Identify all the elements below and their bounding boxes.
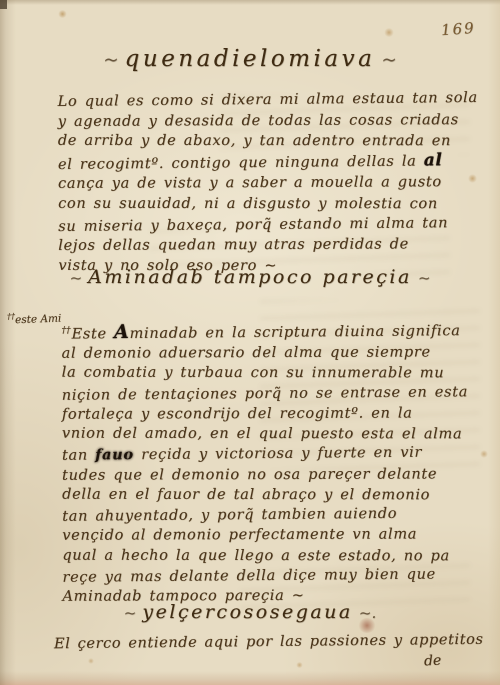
- verse-heading-3: ~yelçercososegaua~.: [0, 601, 500, 623]
- verse-heading-3-text: yelçercososegaua: [142, 601, 352, 623]
- manuscript-line: qual a hecho la que llego a este estado,…: [62, 545, 470, 566]
- manuscript-line: cança ya de vista y a saber a mouella a …: [58, 172, 468, 194]
- verse-heading-1-text: quenadielomiava: [125, 46, 376, 72]
- ink-blot-correction: fauo: [95, 446, 134, 463]
- manuscript-line: reçe ya mas delante della diçe muy bien …: [62, 564, 470, 588]
- flourish-right-icon: ~: [375, 50, 402, 71]
- manuscript-line-text: el recogimtº. contigo que ninguna dellas…: [58, 153, 424, 173]
- manuscript-line: tudes que el demonio no osa pareçer dela…: [62, 464, 470, 486]
- verse-heading-2-text: Aminadab tampoco pareçia: [88, 266, 412, 288]
- manuscript-line: fortaleça y escondrijo del recogimtº. en…: [62, 403, 470, 425]
- ink-correction: al: [424, 150, 443, 170]
- foxing-spot: [88, 658, 94, 664]
- manuscript-line: lejos dellas quedan muy atras perdidas d…: [58, 234, 468, 256]
- verse-heading-1: ~quenadielomiava~: [0, 46, 500, 72]
- flourish-right-icon: ~.: [353, 604, 383, 622]
- manuscript-line-text: reçida y victoriosa y fuerte en vir: [134, 445, 422, 464]
- manuscript-line: el recogimtº. contigo que ninguna dellas…: [58, 150, 468, 176]
- manuscript-line: Lo qual es como si dixera mi alma estaua…: [58, 88, 468, 113]
- manuscript-line: vnion del amado, en el qual puesto esta …: [62, 424, 470, 445]
- paragraph-2: ††Este Aminadab en la scriptura diuina s…: [61, 318, 470, 607]
- flourish-left-icon: ~: [97, 50, 124, 71]
- paragraph-1: Lo qual es como si dixera mi alma estaua…: [58, 89, 469, 277]
- manuscript-line: al demonio aduersario del alma que siemp…: [62, 342, 470, 364]
- manuscript-page: 169 ~quenadielomiava~ Lo qual es como si…: [0, 0, 500, 685]
- margin-note: ††este Ami: [7, 310, 62, 326]
- manuscript-line: con su suauidad, ni a disgusto y molesti…: [58, 194, 468, 215]
- foxing-spot: [296, 662, 303, 668]
- manuscript-line: tan fauo reçida y victoriosa y fuerte en…: [62, 443, 470, 467]
- ink-correction: A: [114, 321, 130, 343]
- manuscript-line: de arriba y de abaxo, y tan adentro entr…: [58, 131, 468, 152]
- foxing-spot: [384, 28, 394, 37]
- manuscript-line-text: Este: [71, 326, 114, 342]
- folio-number: 169: [441, 19, 477, 39]
- catchword: de: [424, 653, 442, 670]
- closing-line: El çerco entiende aqui por las passiones…: [54, 632, 484, 652]
- manuscript-line: della en el fauor de tal abraço y el dem…: [62, 484, 470, 505]
- manuscript-line: y agenada y desasida de todas las cosas …: [58, 110, 468, 132]
- manuscript-line-text: minadab en la scriptura diuina significa: [129, 323, 460, 342]
- margin-note-text: este Ami: [15, 313, 62, 327]
- verse-heading-2: ~Aminadab tampoco pareçia~: [0, 266, 500, 288]
- manuscript-line: vençido al demonio perfectamente vn alma: [62, 525, 470, 547]
- foxing-spot: [58, 10, 67, 18]
- binding-corner-mark: [0, 0, 7, 9]
- foxing-spot: [480, 450, 488, 458]
- insertion-mark-icon: ††: [7, 312, 15, 321]
- manuscript-line: ††Este Aminadab en la scriptura diuina s…: [61, 317, 469, 345]
- insertion-mark-icon: ††: [61, 326, 70, 336]
- flourish-right-icon: ~: [412, 269, 437, 287]
- manuscript-line: niçion de tentaçiones porq̃ no se entras…: [62, 382, 470, 406]
- manuscript-line: tan ahuyentado, y porq̃ tambien auiendo: [62, 503, 470, 527]
- manuscript-line-text: tan: [62, 448, 95, 464]
- manuscript-line: su miseria y baxeça, porq̃ estando mi al…: [58, 213, 468, 238]
- manuscript-line: la combatia y turbaua con su innumerable…: [62, 363, 470, 384]
- flourish-left-icon: ~: [118, 604, 143, 622]
- foxing-spot: [468, 174, 477, 183]
- flourish-left-icon: ~: [63, 269, 88, 287]
